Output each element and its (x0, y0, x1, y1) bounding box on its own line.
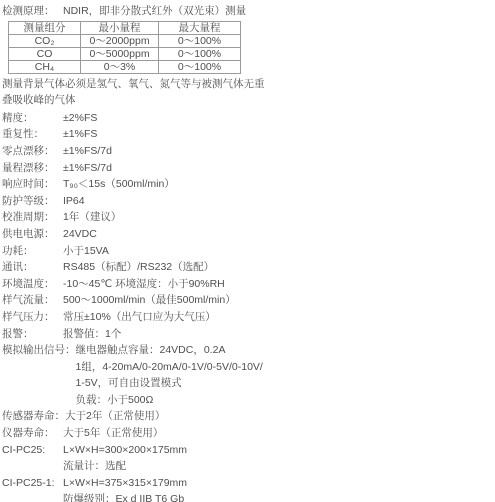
spec-value-line: L×W×H=300×200×175mm (63, 442, 491, 459)
spec-label: 传感器寿命： (2, 408, 65, 425)
spec-label: 零点漂移： (2, 143, 63, 160)
spec-value: T₉₀＜15s（500ml/min） (63, 176, 491, 193)
spec-row: 模拟输出信号：继电器触点容量：24VDC，0.2A1组，4-20mA/0-20m… (2, 342, 491, 408)
spec-label: 样气压力： (2, 309, 63, 326)
spec-label: 模拟输出信号： (2, 342, 76, 359)
spec-row: 校准周期：1年（建议） (2, 209, 491, 226)
detection-principle-value: NDIR，即非分散式红外（双光束）测量 (63, 3, 491, 20)
spec-label: 供电电源： (2, 226, 63, 243)
spec-value: L×W×H=375×315×179mm防爆级别：Ex d IIB T6 Gb (63, 475, 491, 502)
spec-value: 24VDC (63, 226, 491, 243)
spec-row: 报警：报警值：1个 (2, 326, 491, 343)
spec-value-line: 500～1000ml/min（最佳500ml/min） (63, 292, 491, 309)
table-row: CH₄0～3%0～100% (9, 60, 241, 73)
spec-row: 仪器寿命：大于5年（正常使用） (2, 425, 491, 442)
spec-list: 精度：±2%FS重复性：±1%FS零点漂移：±1%FS/7d量程漂移：±1%FS… (2, 110, 491, 502)
spec-row: 样气压力：常压±10%（出气口应为大气压） (2, 309, 491, 326)
spec-value-line: 防爆级别：Ex d IIB T6 Gb (63, 491, 491, 502)
spec-row: CI-PC25:L×W×H=300×200×175mm流量计：选配 (2, 442, 491, 475)
spec-value: 小于15VA (63, 243, 491, 260)
table-cell: CH₄ (9, 60, 81, 73)
measurement-range-table: 测量组分最小量程最大量程 CO₂0～2000ppm0～100%CO0～5000p… (8, 21, 241, 74)
table-header-row: 测量组分最小量程最大量程 (9, 21, 241, 34)
table-cell: 0～100% (159, 47, 241, 60)
spec-value-line: 大于5年（正常使用） (63, 425, 491, 442)
spec-row: 重复性：±1%FS (2, 126, 491, 143)
spec-value: -10～45℃ 环境湿度：小于90%RH (63, 276, 491, 293)
spec-row: 通讯：RS485（标配）/RS232（选配） (2, 259, 491, 276)
spec-row: 环境温度：-10～45℃ 环境湿度：小于90%RH (2, 276, 491, 293)
spec-value: ±1%FS/7d (63, 160, 491, 177)
spec-label: 报警： (2, 326, 63, 343)
spec-label: 重复性： (2, 126, 63, 143)
background-gas-note: 测量背景气体必须是氢气、氧气、氮气等与被测气体无重 叠吸收峰的气体 (2, 76, 491, 109)
table-cell: CO₂ (9, 34, 81, 47)
spec-sheet: 检测原理： NDIR，即非分散式红外（双光束）测量 测量组分最小量程最大量程 C… (0, 0, 495, 502)
measurement-range-table-body: CO₂0～2000ppm0～100%CO0～5000ppm0～100%CH₄0～… (9, 34, 241, 73)
spec-label: 环境温度： (2, 276, 63, 293)
table-header-cell: 测量组分 (9, 21, 81, 34)
spec-value-line: L×W×H=375×315×179mm (63, 475, 491, 492)
spec-row: 传感器寿命：大于2年（正常使用） (2, 408, 491, 425)
spec-value: IP64 (63, 193, 491, 210)
spec-label: 功耗： (2, 243, 63, 260)
table-cell: 0～3% (81, 60, 159, 73)
spec-value: 1年（建议） (63, 209, 491, 226)
spec-row: 功耗：小于15VA (2, 243, 491, 260)
spec-label: 精度： (2, 110, 63, 127)
spec-value-line: T₉₀＜15s（500ml/min） (63, 176, 491, 193)
detection-principle-label: 检测原理： (2, 3, 63, 20)
spec-value-line: 继电器触点容量：24VDC，0.2A (76, 342, 492, 359)
spec-label: 仪器寿命： (2, 425, 63, 442)
spec-value: 继电器触点容量：24VDC，0.2A1组，4-20mA/0-20mA/0-1V/… (76, 342, 492, 408)
spec-value-line: ±1%FS/7d (63, 143, 491, 160)
spec-value-line: 大于2年（正常使用） (65, 408, 491, 425)
spec-row: 零点漂移：±1%FS/7d (2, 143, 491, 160)
spec-value-line: ±1%FS (63, 126, 491, 143)
table-cell: 0～100% (159, 60, 241, 73)
spec-value-line: 小于15VA (63, 243, 491, 260)
spec-label: 防护等级： (2, 193, 63, 210)
table-cell: 0～5000ppm (81, 47, 159, 60)
spec-value-line: 报警值：1个 (63, 326, 491, 343)
spec-row: 防护等级：IP64 (2, 193, 491, 210)
spec-label: CI-PC25-1: (2, 475, 63, 492)
background-gas-note-line: 测量背景气体必须是氢气、氧气、氮气等与被测气体无重 (2, 76, 491, 93)
spec-value-line: IP64 (63, 193, 491, 210)
spec-label: 量程漂移： (2, 160, 63, 177)
spec-value-line: 流量计：选配 (63, 458, 491, 475)
spec-value: 报警值：1个 (63, 326, 491, 343)
spec-row: CI-PC25-1:L×W×H=375×315×179mm防爆级别：Ex d I… (2, 475, 491, 502)
table-header-cell: 最小量程 (81, 21, 159, 34)
spec-value-line: 常压±10%（出气口应为大气压） (63, 309, 491, 326)
spec-row: 响应时间：T₉₀＜15s（500ml/min） (2, 176, 491, 193)
table-row: CO0～5000ppm0～100% (9, 47, 241, 60)
spec-label: CI-PC25: (2, 442, 63, 459)
spec-value-line: ±1%FS/7d (63, 160, 491, 177)
table-cell: 0～100% (159, 34, 241, 47)
spec-label: 校准周期： (2, 209, 63, 226)
spec-value-line: ±2%FS (63, 110, 491, 127)
spec-value: 大于5年（正常使用） (63, 425, 491, 442)
spec-row: 样气流量：500～1000ml/min（最佳500ml/min） (2, 292, 491, 309)
spec-value: RS485（标配）/RS232（选配） (63, 259, 491, 276)
spec-value-line: 1组，4-20mA/0-20mA/0-1V/0-5V/0-10V/ (76, 359, 492, 376)
spec-row: 供电电源：24VDC (2, 226, 491, 243)
spec-row: 量程漂移：±1%FS/7d (2, 160, 491, 177)
table-cell: 0～2000ppm (81, 34, 159, 47)
spec-value-line: 1-5V，可自由设置模式 (76, 375, 492, 392)
spec-label: 响应时间： (2, 176, 63, 193)
spec-value: L×W×H=300×200×175mm流量计：选配 (63, 442, 491, 475)
spec-value-line: -10～45℃ 环境湿度：小于90%RH (63, 276, 491, 293)
table-row: CO₂0～2000ppm0～100% (9, 34, 241, 47)
background-gas-note-line: 叠吸收峰的气体 (2, 92, 491, 109)
measurement-range-table-head: 测量组分最小量程最大量程 (9, 21, 241, 34)
table-header-cell: 最大量程 (159, 21, 241, 34)
spec-value-line: 24VDC (63, 226, 491, 243)
spec-value: 大于2年（正常使用） (65, 408, 491, 425)
spec-value-line: RS485（标配）/RS232（选配） (63, 259, 491, 276)
spec-value-line: 1年（建议） (63, 209, 491, 226)
spec-value: ±1%FS (63, 126, 491, 143)
spec-row: 精度：±2%FS (2, 110, 491, 127)
spec-value: ±1%FS/7d (63, 143, 491, 160)
spec-value: ±2%FS (63, 110, 491, 127)
table-cell: CO (9, 47, 81, 60)
spec-value: 500～1000ml/min（最佳500ml/min） (63, 292, 491, 309)
spec-value-line: 负载：小于500Ω (76, 392, 492, 409)
spec-label: 样气流量： (2, 292, 63, 309)
detection-principle-row: 检测原理： NDIR，即非分散式红外（双光束）测量 (2, 3, 491, 20)
spec-value: 常压±10%（出气口应为大气压） (63, 309, 491, 326)
spec-label: 通讯： (2, 259, 63, 276)
